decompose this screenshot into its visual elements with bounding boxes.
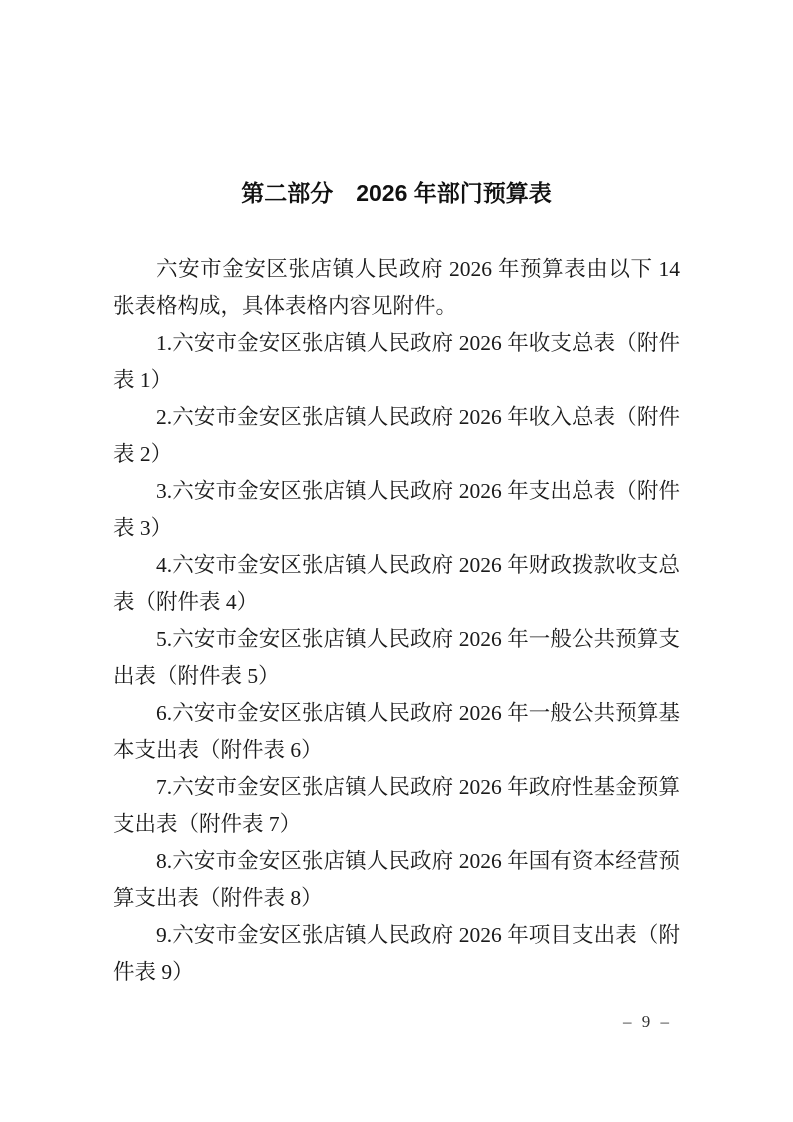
page-title: 第二部分 2026 年部门预算表 <box>113 177 680 210</box>
document-page: 第二部分 2026 年部门预算表 六安市金安区张店镇人民政府 2026 年预算表… <box>0 0 793 1122</box>
page-content: 第二部分 2026 年部门预算表 六安市金安区张店镇人民政府 2026 年预算表… <box>113 177 680 991</box>
list-item-3: 3.六安市金安区张店镇人民政府 2026 年支出总表（附件表 3） <box>113 473 680 547</box>
list-item-8: 8.六安市金安区张店镇人民政府 2026 年国有资本经营预算支出表（附件表 8） <box>113 843 680 917</box>
list-item-6: 6.六安市金安区张店镇人民政府 2026 年一般公共预算基本支出表（附件表 6） <box>113 695 680 769</box>
intro-paragraph: 六安市金安区张店镇人民政府 2026 年预算表由以下 14 张表格构成，具体表格… <box>113 251 680 325</box>
page-number: – 9 – <box>623 1011 672 1033</box>
list-item-5: 5.六安市金安区张店镇人民政府 2026 年一般公共预算支出表（附件表 5） <box>113 621 680 695</box>
list-item-9: 9.六安市金安区张店镇人民政府 2026 年项目支出表（附件表 9） <box>113 917 680 991</box>
list-item-4: 4.六安市金安区张店镇人民政府 2026 年财政拨款收支总表（附件表 4） <box>113 547 680 621</box>
list-item-7: 7.六安市金安区张店镇人民政府 2026 年政府性基金预算支出表（附件表 7） <box>113 769 680 843</box>
list-item-1: 1.六安市金安区张店镇人民政府 2026 年收支总表（附件表 1） <box>113 325 680 399</box>
list-item-2: 2.六安市金安区张店镇人民政府 2026 年收入总表（附件表 2） <box>113 399 680 473</box>
